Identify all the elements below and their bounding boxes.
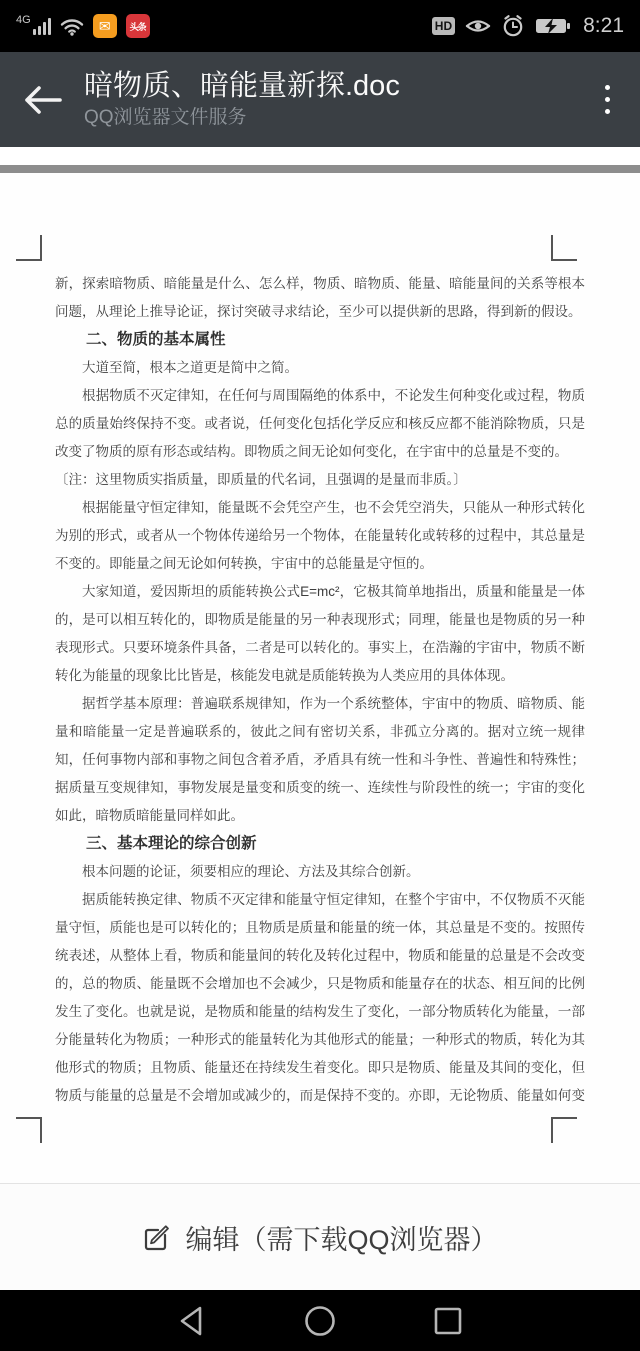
document-text-line: 转化为能量的现象比比皆是，核能发电就是质能转换为人类应用的具体体现。 [55,662,585,690]
document-lines: 新，探索暗物质、暗能量是什么、怎么样，物质、暗物质、能量、暗能量间的关系等根本问… [55,270,585,1110]
document-title: 暗物质、暗能量新探.doc [84,69,400,103]
document-text-line: 知，任何事物内部和事物之间包含着矛盾，矛盾具有统一性和斗争性、普遍性和特殊性； [55,746,585,774]
page-margin-mark-top-right [551,235,577,261]
document-text-line: 大道至简，根本之道更是简中之简。 [55,354,585,382]
document-text-line: 分能量转化为物质；一种形式的能量转化为其他形式的能量；一种形式的物质，转化为其 [55,1026,585,1054]
network-type-label: 4G [16,15,31,26]
document-text-line: 物质与能量的总量是不会增加或减少的，而是保持不变的。亦即，无论物质、能量如何变 [55,1082,585,1110]
document-text-line: 量守恒，质能也是可以转化的；且物质是质量和能量的统一体，其总量是不变的。按照传 [55,914,585,942]
cellular-signal-icon: 4G [16,18,51,35]
document-source-label: QQ浏览器文件服务 [84,106,400,130]
wifi-icon [60,16,84,36]
document-text-line: 据质能转换定律、物质不灭定律和能量守恒定律知，在整个宇宙中，不仅物质不灭能 [55,886,585,914]
android-nav-bar [0,1290,640,1351]
status-bar: 4G ✉ 头条 HD [0,0,640,52]
document-text-line: 他形式的物质；且物质、能量还在持续发生着变化。即只是物质、能量及其间的变化，但 [55,1054,585,1082]
signal-bars-icon [33,18,51,35]
toutiao-notification-icon: 头条 [126,14,150,38]
document-text-line: 为别的形式，或者从一个物体传递给另一个物体，在能量转化或转移的过程中，其总量是 [55,522,585,550]
page-margin-mark-top-left [16,235,42,261]
document-text-line: 的，总的物质、能量既不会增加也不会减少，只是物质和能量存在的状态、相互间的比例 [55,970,585,998]
document-text-line: 〔注：这里物质实指质量，即质量的代名词，且强调的是量而非质。〕 [55,466,585,494]
mail-notification-icon: ✉ [93,14,117,38]
document-text-line: 总的质量始终保持不变。或者说，任何变化包括化学反应和核反应都不能消除物质，只是 [55,410,585,438]
document-text-line: 新，探索暗物质、暗能量是什么、怎么样，物质、暗物质、能量、暗能量间的关系等根本 [55,270,585,298]
phone-screen: 4G ✉ 头条 HD [0,0,640,1351]
edit-button[interactable]: 编辑（需下载QQ浏览器） [142,1218,497,1257]
document-text-line: 如此，暗物质暗能量同样如此。 [55,802,585,830]
alarm-clock-icon [501,14,525,38]
header-gap [0,147,640,165]
app-header: 暗物质、暗能量新探.doc QQ浏览器文件服务 [0,52,640,147]
edit-button-label: 编辑（需下载QQ浏览器） [185,1218,497,1257]
page-margin-mark-bottom-left [16,1117,42,1143]
document-text-line: 不变的。即能量之间无论如何转换，宇宙中的总能量是守恒的。 [55,550,585,578]
status-bar-right: HD 8:21 [432,14,624,38]
document-text-line: 据哲学基本原理：普遍联系规律知，作为一个系统整体，宇宙中的物质、暗物质、能 [55,690,585,718]
document-text-line: 据质量互变规律知，事物发展是量变和质变的统一、连续性与阶段性的统一；宇宙的变化 [55,774,585,802]
document-text-line: 的，是可以相互转化的，即物质是能量的另一种表现形式；同理，能量也是物质的另一种 [55,606,585,634]
battery-charging-icon [535,16,571,36]
document-text-line: 统表述，从整体上看，物质和能量间的转化及转化过程中，物质和能量的总量是不会改变 [55,942,585,970]
more-options-button[interactable] [599,79,616,120]
document-heading-line: 二、物质的基本属性 [55,326,585,354]
eye-protection-icon [465,16,491,36]
page-margin-mark-bottom-right [551,1117,577,1143]
document-text-line: 问题，从理论上推导论证，探讨突破寻求结论，至少可以提供新的思路，得到新的假设。 [55,298,585,326]
nav-recents-button[interactable] [432,1304,464,1338]
document-text-line: 根本问题的论证，须要相应的理论、方法及其综合创新。 [55,858,585,886]
document-text-line: 表现形式。只要环境条件具备，二者是可以转化的。事实上，在浩瀚的宇宙中，物质不断 [55,634,585,662]
document-page[interactable]: 新，探索暗物质、暗能量是什么、怎么样，物质、暗物质、能量、暗能量间的关系等根本问… [0,173,640,1183]
status-bar-left: 4G ✉ 头条 [16,14,150,38]
header-titles: 暗物质、暗能量新探.doc QQ浏览器文件服务 [84,69,400,130]
document-heading-line: 三、基本理论的综合创新 [55,830,585,858]
edit-pencil-icon [142,1222,172,1252]
content-divider [0,165,640,173]
document-text-line: 大家知道，爱因斯坦的质能转换公式E=mc²，它极其简单地指出，质量和能量是一体 [55,578,585,606]
document-text-line: 发生了变化。也就是说，是物质和能量的结构发生了变化，一部分物质转化为能量，一部 [55,998,585,1026]
nav-back-button[interactable] [176,1304,208,1338]
document-text-line: 根据能量守恒定律知，能量既不会凭空产生，也不会凭空消失，只能从一种形式转化 [55,494,585,522]
status-time: 8:21 [583,14,624,38]
back-button[interactable] [16,82,68,118]
document-text-line: 量和暗能量一定是普遍联系的，彼此之间有密切关系，非孤立分离的。据对立统一规律 [55,718,585,746]
nav-home-button[interactable] [303,1304,337,1338]
document-text-line: 根据物质不灭定律知，在任何与周围隔绝的体系中，不论发生何种变化或过程，物质 [55,382,585,410]
bottom-action-bar: 编辑（需下载QQ浏览器） [0,1183,640,1290]
document-text-line: 改变了物质的原有形态或结构。即物质之间无论如何变化，在宇宙中的总量是不变的。 [55,438,585,466]
arrow-left-icon [20,82,64,118]
hd-voice-icon: HD [432,17,455,35]
